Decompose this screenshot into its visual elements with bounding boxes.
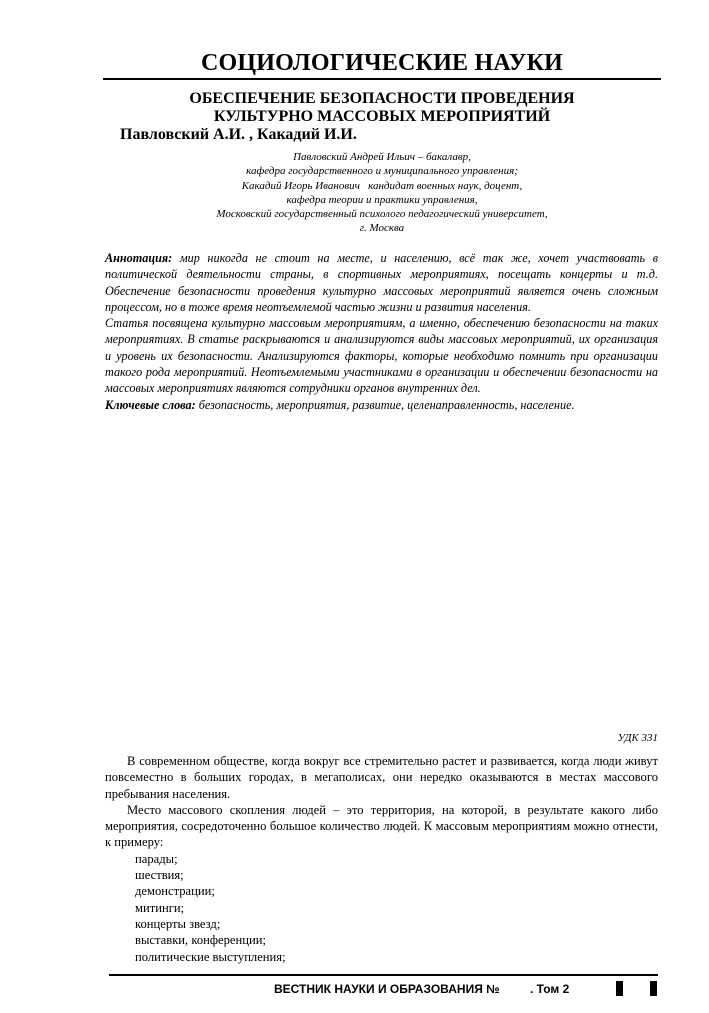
article-title: ОБЕСПЕЧЕНИЕ БЕЗОПАСНОСТИ ПРОВЕДЕНИЯ КУЛЬ… — [103, 90, 661, 126]
document-page: СОЦИОЛОГИЧЕСКИЕ НАУКИ ОБЕСПЕЧЕНИЕ БЕЗОПА… — [0, 0, 709, 1013]
list-item: политические выступления; — [135, 949, 658, 965]
list-item: концерты звезд; — [135, 916, 658, 932]
article-body: В современном обществе, когда вокруг все… — [105, 753, 658, 965]
list-item: парады; — [135, 851, 658, 867]
abstract-text: мир никогда не стоит на месте, и населен… — [105, 251, 658, 314]
affiliation-line: кафедра государственного и муниципальног… — [103, 164, 661, 178]
header-rule — [103, 78, 661, 80]
abstract: Аннотация: мир никогда не стоит на месте… — [105, 250, 658, 413]
keywords-label: Ключевые слова: — [105, 398, 196, 412]
affiliation-line: Какадий Игорь Иванович кандидат военных … — [103, 179, 661, 193]
keywords-text: безопасность, мероприятия, развитие, цел… — [196, 398, 575, 412]
footer-rule — [109, 974, 658, 976]
section-title: СОЦИОЛОГИЧЕСКИЕ НАУКИ — [103, 49, 661, 77]
list-item: демонстрации; — [135, 883, 658, 899]
authors: Павловский А.И. , Какадий И.И. — [120, 126, 357, 144]
affiliation-line: кафедра теории и практики управления, — [103, 193, 661, 207]
affiliation-line: Павловский Андрей Ильич – бакалавр, — [103, 150, 661, 164]
event-types-list: парады; шествия; демонстрации; митинги; … — [105, 851, 658, 965]
list-item: митинги; — [135, 900, 658, 916]
article-title-line: КУЛЬТУРНО МАССОВЫХ МЕРОПРИЯТИЙ — [103, 108, 661, 126]
footer-volume: . Том 2 — [530, 981, 569, 997]
list-item: выставки, конференции; — [135, 932, 658, 948]
body-paragraph: Место массового скопления людей – это те… — [105, 802, 658, 851]
footer-journal-name: ВЕСТНИК НАУКИ И ОБРАЗОВАНИЯ № — [274, 981, 500, 997]
abstract-paragraph: Статья посвящена культурно массовым меро… — [105, 315, 658, 396]
abstract-paragraph: Аннотация: мир никогда не стоит на месте… — [105, 250, 658, 315]
footer-marker-block — [616, 981, 623, 996]
author-affiliation: Павловский Андрей Ильич – бакалавр, кафе… — [103, 150, 661, 236]
udk-code: УДК 331 — [103, 731, 658, 745]
abstract-label: Аннотация: — [105, 251, 172, 265]
article-title-line: ОБЕСПЕЧЕНИЕ БЕЗОПАСНОСТИ ПРОВЕДЕНИЯ — [103, 90, 661, 108]
list-item: шествия; — [135, 867, 658, 883]
affiliation-line: Московский государственный психолого пед… — [103, 207, 661, 221]
affiliation-line: г. Москва — [103, 221, 661, 235]
body-paragraph: В современном обществе, когда вокруг все… — [105, 753, 658, 802]
keywords: Ключевые слова: безопасность, мероприяти… — [105, 397, 658, 413]
footer-marker-block — [650, 981, 657, 996]
